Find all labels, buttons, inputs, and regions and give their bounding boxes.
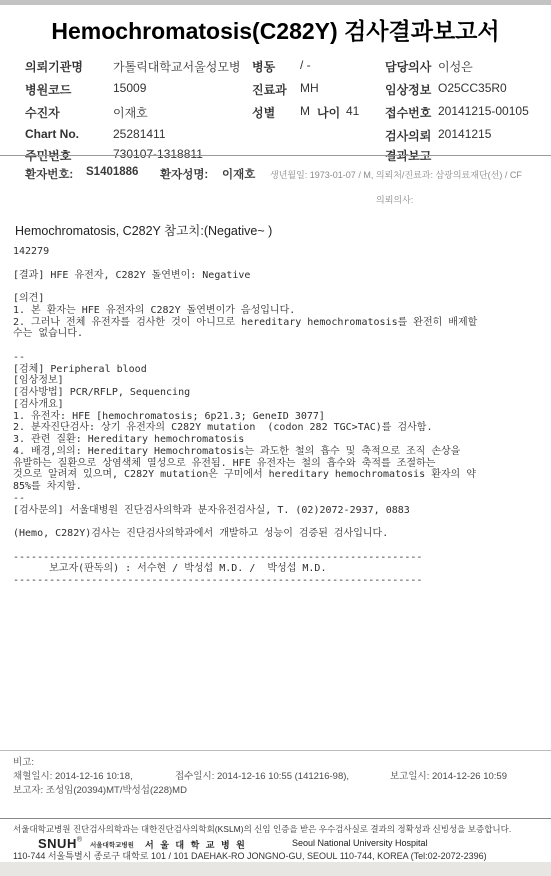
- body-line: [13, 340, 548, 352]
- body-line: (Hemo, C282Y)검사는 진단검사의학과에서 개발하고 성능이 검증된 …: [13, 528, 548, 540]
- body-line: 유발하는 질환으로 상염색체 열성으로 유전됨. HFE 유전자는 철의 흡수와…: [13, 458, 548, 470]
- body-line: 4. 배경,의의: Hereditary Hemochromatosis는 과도…: [13, 446, 548, 458]
- hospital-address: 110-744 서울특별시 종로구 대학로 101 / 101 DAEHAK-R…: [13, 849, 487, 862]
- collected-datetime: 채혈일시: 2014-12-16 10:18,: [13, 768, 133, 782]
- patient-name-label: 환자성명:: [160, 166, 208, 182]
- remarks-label: 비고:: [13, 754, 34, 768]
- value-sex: M: [300, 104, 310, 118]
- report-title: Hemochromatosis(C282Y) 검사결과보고서: [0, 13, 551, 46]
- body-line: [검사방법] PCR/RFLP, Sequencing: [13, 387, 548, 399]
- label-hospital-code: 병원코드: [25, 81, 71, 98]
- body-line: 1. 유전자: HFE [hemochromatosis; 6p21.3; Ge…: [13, 411, 548, 423]
- body-line: 3. 관련 질환: Hereditary hemochromatosis: [13, 434, 548, 446]
- body-line: 1. 본 환자는 HFE 유전자의 C282Y 돌연변이가 음성입니다.: [13, 305, 548, 317]
- value-requesting-org: 가톨릭대학교서울성모병: [113, 58, 241, 75]
- body-line: [검사개요]: [13, 399, 548, 411]
- body-line: 2. 분자진단검사: 상기 유전자의 C282Y mutation (codon…: [13, 422, 548, 434]
- bottom-strip: [0, 862, 551, 876]
- footer-separator: [0, 818, 551, 819]
- body-line: [13, 258, 548, 270]
- reporter-signature-line: 보고자(판독의) : 서수현 / 박성섭 M.D. / 박성섭 M.D.: [13, 563, 548, 575]
- report-body: 142279 [결과] HFE 유전자, C282Y 돌연변이: Negativ…: [13, 246, 548, 587]
- value-chart-no: 25281411: [113, 127, 166, 141]
- registered-mark-icon: ®: [77, 837, 82, 844]
- reporter-line: 보고자: 조성임(20394)MT/박성섭(228)MD: [13, 782, 187, 796]
- body-line: [13, 516, 548, 528]
- label-sex: 성별: [252, 104, 275, 121]
- dashed-separator: ----------------------------------------…: [13, 552, 548, 564]
- label-department: 진료과: [252, 81, 287, 98]
- body-line: 142279: [13, 246, 548, 258]
- value-attending-doctor: 이성은: [438, 58, 473, 75]
- label-ward: 병동: [252, 58, 275, 75]
- remarks-separator: [0, 750, 551, 751]
- accreditation-text: 서울대학교병원 진단검사의학과는 대한진단검사의학회(KSLM)의 신임 인증을…: [13, 823, 511, 835]
- label-clinical-info: 임상정보: [385, 81, 431, 98]
- body-line: [임상정보]: [13, 375, 548, 387]
- body-line: --: [13, 493, 548, 505]
- value-test-requested: 20141215: [438, 127, 491, 141]
- label-examinee: 수진자: [25, 104, 60, 121]
- body-line: [결과] HFE 유전자, C282Y 돌연변이: Negative: [13, 270, 548, 282]
- body-line: [의견]: [13, 293, 548, 305]
- top-bar: [0, 0, 551, 5]
- reported-datetime: 보고일시: 2014-12-26 10:59: [390, 768, 507, 782]
- body-line: [검체] Peripheral blood: [13, 364, 548, 376]
- patient-name: 이재호: [222, 166, 255, 182]
- body-line: 2. 그러나 전체 유전자를 검사한 것이 아니므로 hereditary he…: [13, 317, 548, 329]
- received-datetime: 접수일시: 2014-12-16 10:55 (141216-98),: [175, 768, 349, 782]
- value-department: MH: [300, 81, 319, 95]
- body-line: --: [13, 352, 548, 364]
- value-hospital-code: 15009: [113, 81, 146, 95]
- body-line: [검사문의] 서울대병원 진단검사의학과 분자유전검사실, T. (02)207…: [13, 505, 548, 517]
- value-age: 41: [346, 104, 359, 118]
- body-line: [13, 540, 548, 552]
- patient-number: S1401886: [86, 166, 138, 178]
- label-accession-no: 접수번호: [385, 104, 431, 121]
- label-test-requested: 검사의뢰: [385, 127, 431, 144]
- value-resident-no: 730107-1318811: [113, 147, 203, 161]
- birth-referral-info: 생년월일: 1973-01-07 / M, 의뢰처/진료과: 삼광의료재단(선)…: [270, 168, 522, 181]
- label-requesting-org: 의뢰기관명: [25, 58, 83, 75]
- value-accession-no: 20141215-00105: [438, 104, 529, 118]
- hospital-name-en: Seoul National University Hospital: [292, 838, 428, 848]
- body-line: 85%를 차지함.: [13, 481, 548, 493]
- body-line: 수는 없습니다.: [13, 328, 548, 340]
- lab-report-page: Hemochromatosis(C282Y) 검사결과보고서 의뢰기관명 가톨릭…: [0, 0, 551, 876]
- patient-number-label: 환자번호:: [25, 166, 73, 182]
- test-section-title: Hemochromatosis, C282Y 참고치:(Negative~ ): [15, 221, 272, 239]
- value-examinee: 이재호: [113, 104, 148, 121]
- label-age: 나이: [317, 104, 340, 121]
- value-clinical-info: O25CC35R0: [438, 81, 507, 95]
- value-ward: / -: [300, 58, 311, 72]
- body-line: 것으로 알려져 있으며, C282Y mutation은 구미에서 heredi…: [13, 469, 548, 481]
- snuh-logo-kr-small: 서울대학교병원: [90, 840, 134, 849]
- header-separator: [0, 155, 551, 156]
- referring-doctor-label: 의뢰의사:: [376, 193, 413, 206]
- dashed-separator: ----------------------------------------…: [13, 575, 548, 587]
- label-chart-no: Chart No.: [25, 127, 79, 141]
- body-line: [13, 281, 548, 293]
- label-attending-doctor: 담당의사: [385, 58, 431, 75]
